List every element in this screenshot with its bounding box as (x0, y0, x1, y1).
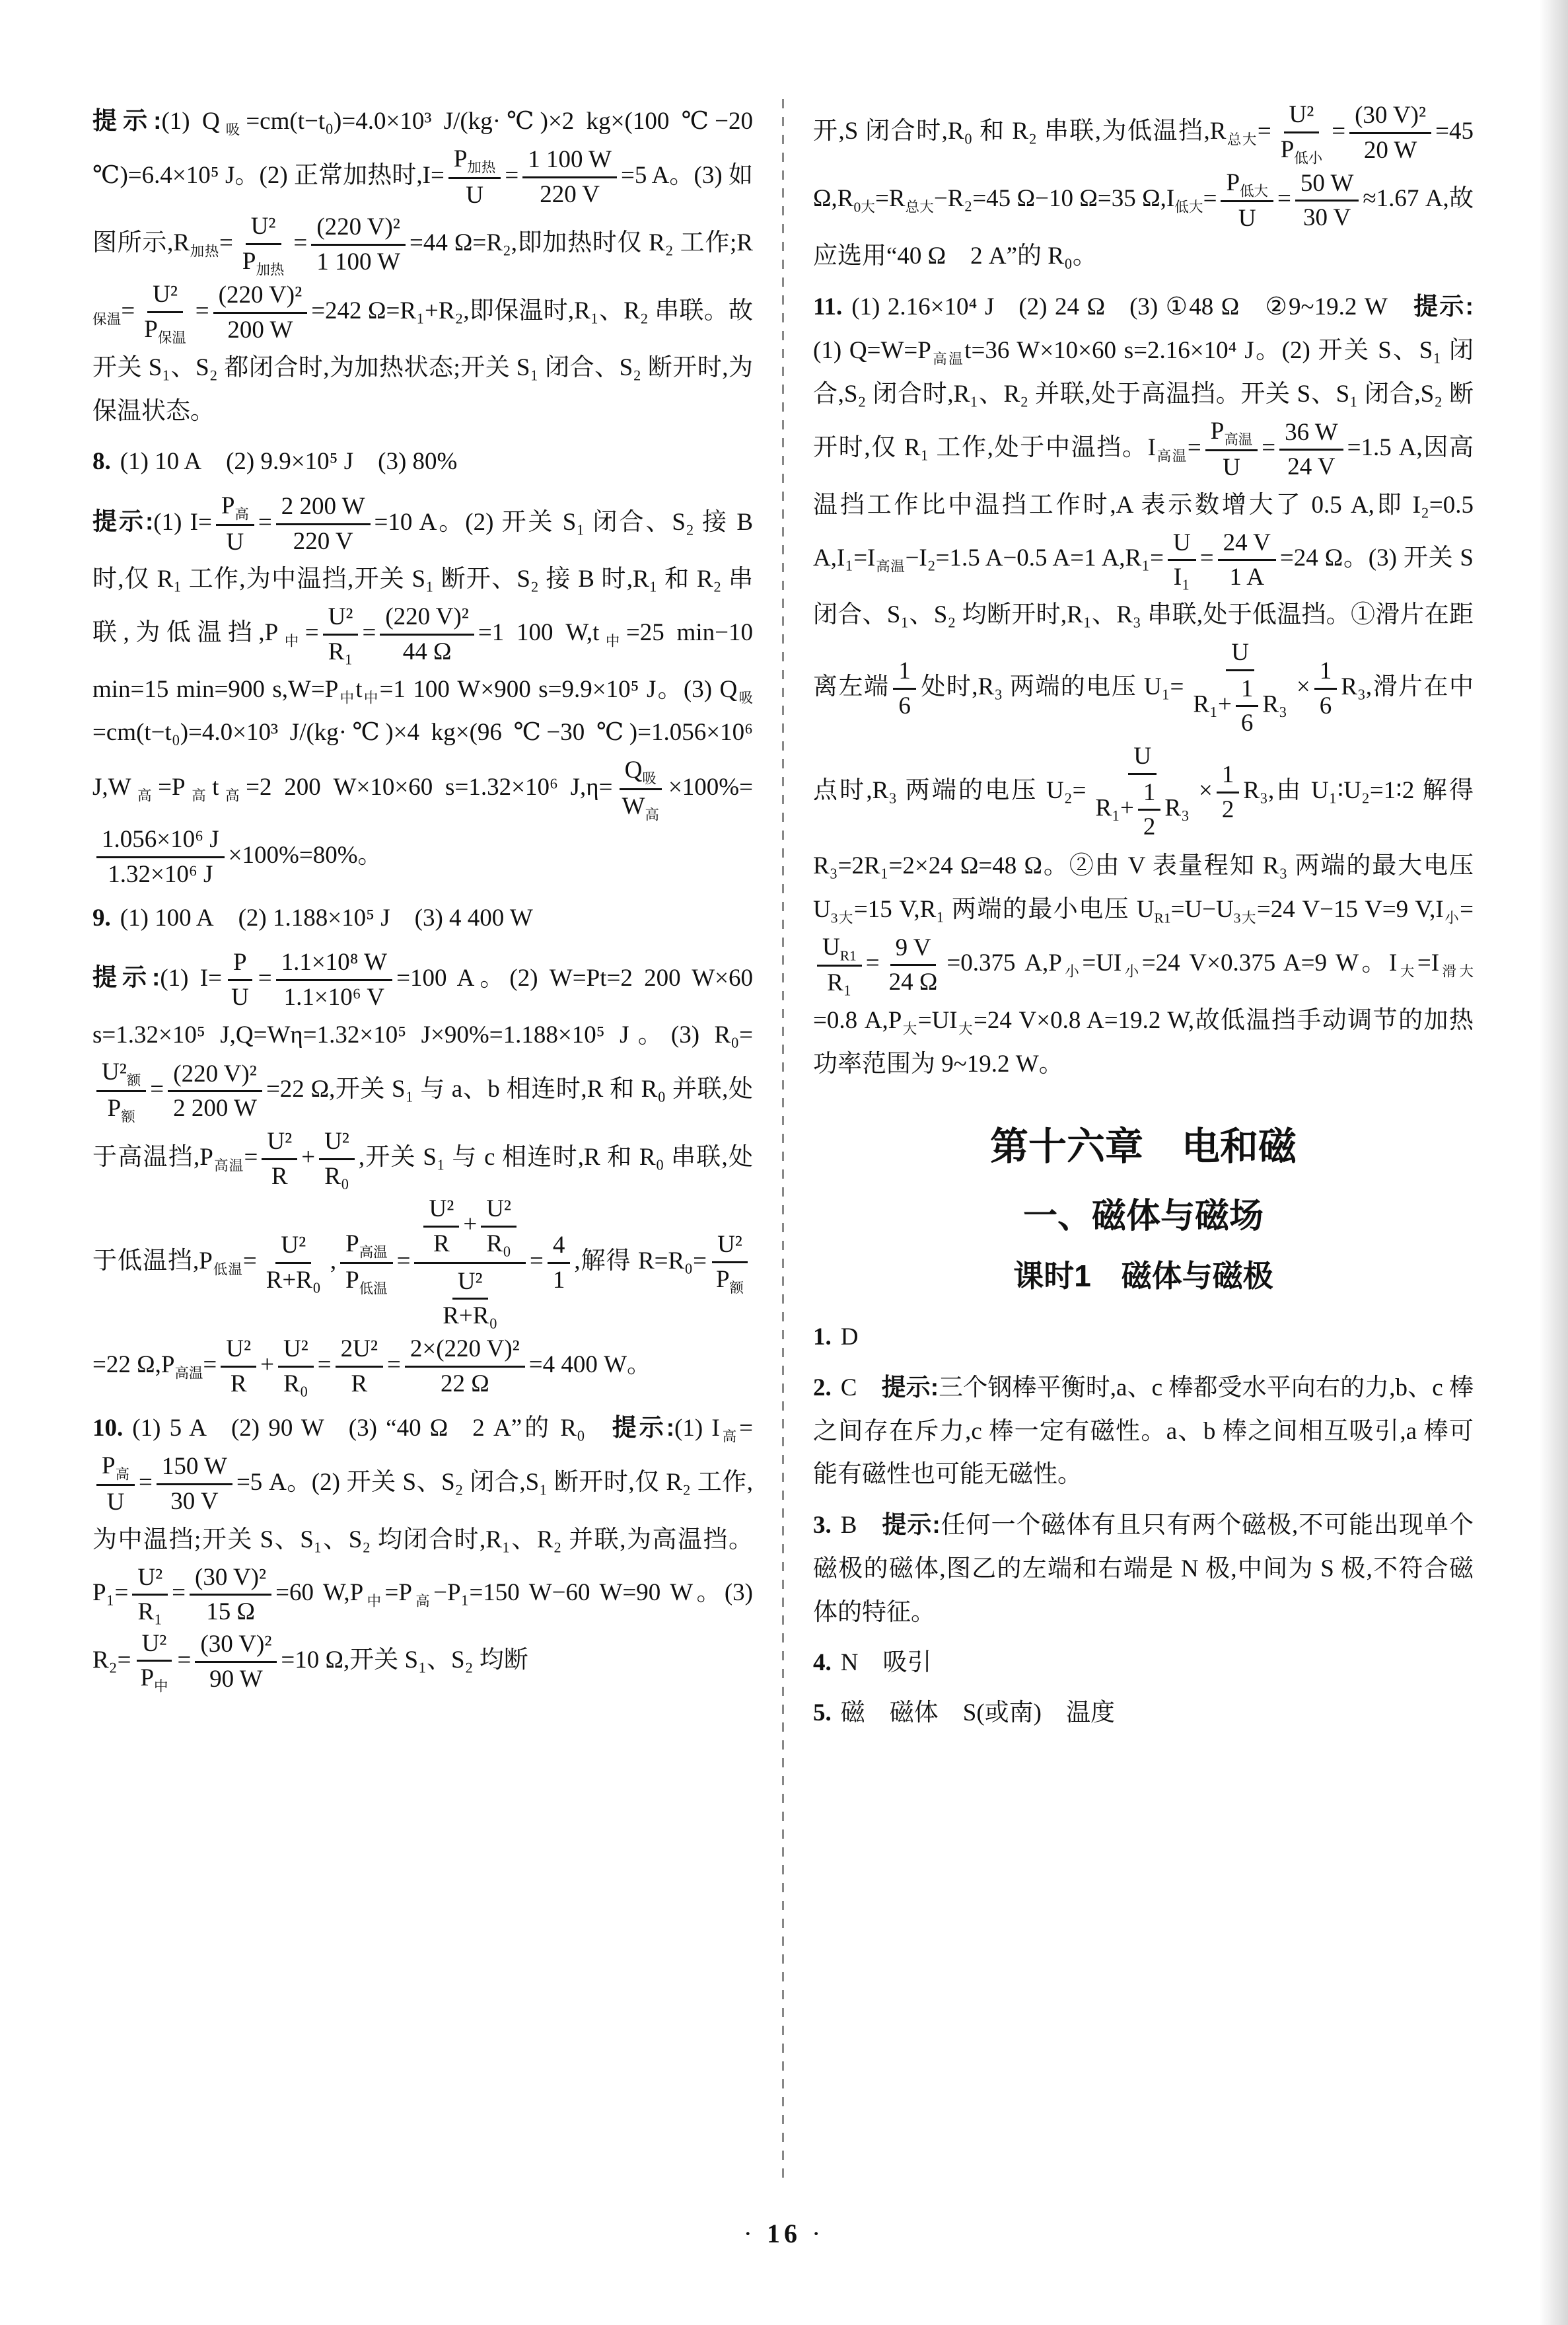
subscript: 高 (412, 1594, 433, 1609)
fraction-numerator: P高 (96, 1452, 135, 1486)
fraction-numerator: 4 (548, 1231, 571, 1264)
item-number: 11. (813, 293, 842, 320)
page-number: 16 (767, 2219, 801, 2248)
item-number: 2. (813, 1374, 832, 1401)
text-run: (1) I高=P高U=150 W30 V=5 A。(2) 开关 S、S₂ 闭合,… (92, 1415, 753, 1673)
hint-paragraph: 提示:(1) I=PU=1.1×10⁸ W1.1×10⁶ V=100 A。(2)… (92, 947, 753, 1399)
fraction-numerator: U² (246, 212, 281, 245)
fraction: 24 V1 A (1218, 529, 1276, 592)
subscript: 高 (131, 788, 159, 804)
subscript: 滑大 (1439, 964, 1474, 980)
fraction: 36 W24 V (1279, 418, 1343, 482)
fraction-numerator: 1 (1217, 760, 1240, 793)
fraction: 1.1×10⁸ W1.1×10⁶ V (276, 948, 393, 1012)
text-run: D (841, 1323, 859, 1350)
fraction: U²P额 (711, 1230, 749, 1296)
fraction: U²P低小 (1275, 100, 1328, 166)
subscript: 低大 (1174, 200, 1203, 215)
item-number: 10. (92, 1415, 123, 1442)
fraction-denominator: 24 V (1282, 451, 1340, 482)
fraction: 16 (893, 657, 916, 720)
subscript: 大 (902, 1021, 917, 1037)
fraction-denominator: U²R+R₀ (428, 1264, 512, 1332)
fraction-numerator: U² (712, 1230, 748, 1263)
fraction-denominator: 30 V (165, 1485, 223, 1516)
fraction-denominator: 24 Ω (884, 966, 943, 997)
hint-label: 提示: (1412, 293, 1474, 320)
fraction-numerator: (220 V)² (168, 1060, 262, 1093)
subscript: 高 (219, 788, 246, 804)
fraction-denominator: 22 Ω (435, 1368, 495, 1399)
subscript: 加热 (190, 243, 219, 259)
fraction: 16 (1236, 675, 1259, 738)
fraction: 16 (1314, 657, 1337, 720)
fraction-numerator: P高温 (340, 1230, 393, 1264)
fraction-numerator: U² (278, 1335, 314, 1368)
fraction-numerator: 1.1×10⁸ W (276, 948, 393, 981)
subscript: 吸 (642, 771, 656, 787)
fraction-denominator: P低小 (1275, 133, 1328, 166)
subscript: 额 (121, 1109, 135, 1125)
subscript: 高温 (931, 351, 964, 367)
text-run: (1) I=P高U=2 200 W220 V=10 A。(2) 开关 S₁ 闭合… (92, 509, 753, 869)
fraction: 2U²R (336, 1335, 383, 1398)
subscript: 大 (1397, 964, 1417, 980)
subscript: 高 (234, 506, 248, 522)
fraction-numerator: U² (319, 1127, 355, 1160)
fraction-numerator: (220 V)² (213, 281, 308, 314)
fraction-numerator: Q吸 (620, 756, 662, 790)
fraction-numerator: (30 V)² (195, 1630, 277, 1663)
fraction-numerator: U² (275, 1231, 311, 1264)
fraction-numerator: (30 V)² (190, 1563, 271, 1596)
item-number: 4. (813, 1649, 832, 1676)
text-run: (1) 100 A (2) 1.188×10⁵ J (3) 4 400 W (120, 904, 533, 932)
subscript: 小 (1444, 910, 1460, 926)
fraction: (220 V)²200 W (213, 281, 308, 344)
text-run: 磁 磁体 S(或南) 温度 (841, 1699, 1115, 1726)
fraction-numerator: U² (262, 1127, 297, 1160)
fraction-numerator: U² (221, 1335, 256, 1368)
left-column: 提示:(1) Q吸=cm(t−t₀)=4.0×10³ J/(kg·℃)×2 kg… (92, 99, 753, 2180)
right-column: 开,S 闭合时,R₀ 和 R₂ 串联,为低温挡,R总大=U²P低小=(30 V)… (813, 99, 1474, 2180)
subscript: 高温 (1156, 449, 1188, 464)
fraction-denominator: R+R₀ (437, 1300, 503, 1331)
item-number: 5. (813, 1699, 832, 1726)
fraction: 1.056×10⁶ J1.32×10⁶ J (96, 825, 225, 889)
fraction: U²R₀ (278, 1335, 314, 1398)
fraction-denominator: 15 Ω (201, 1596, 260, 1627)
subscript: 中 (599, 633, 626, 649)
fraction-denominator: 1 100 W (311, 246, 406, 277)
text-run: (1) 5 A (2) 90 W (3) “40 Ω 2 A”的 R₀ (132, 1415, 610, 1442)
subscript: 吸 (220, 122, 246, 137)
item-number: 1. (813, 1323, 832, 1350)
fraction: P高U (216, 492, 254, 557)
fraction: 12 (1217, 760, 1240, 824)
text-run: N 吸引 (841, 1649, 932, 1676)
fraction-numerator: P低大 (1221, 168, 1273, 203)
fraction-denominator: 220 V (288, 525, 359, 556)
fraction-denominator: 1.32×10⁶ J (102, 858, 218, 889)
fraction: 50 W30 V (1295, 169, 1359, 233)
fraction-denominator: R (428, 1228, 455, 1259)
fraction: U²额P额 (96, 1058, 146, 1125)
text-run: (1) 2.16×10⁴ J (2) 24 Ω (3) ①48 Ω ②9~19.… (851, 293, 1412, 320)
fraction-denominator: U (1217, 451, 1246, 482)
fraction: PU (226, 948, 254, 1012)
subscript: 高 (645, 807, 659, 823)
fraction-denominator: 6 (1236, 707, 1259, 738)
fraction-denominator: R₁+16R₃ (1188, 671, 1293, 739)
fraction: UR1R₁ (817, 933, 862, 998)
text-run: (1) 10 A (2) 9.9×10⁵ J (3) 80% (120, 448, 458, 475)
fraction-numerator: (220 V)² (380, 603, 474, 636)
fraction-denominator: R₁ (323, 636, 359, 667)
fraction: U²R+U²R₀U²R+R₀ (414, 1193, 526, 1332)
fraction: U²R₀ (481, 1195, 517, 1258)
fraction-numerator: 1 (1138, 778, 1161, 811)
answer-item: 9.(1) 100 A (2) 1.188×10⁵ J (3) 4 400 W (92, 897, 753, 940)
subscript: 高温 (1224, 432, 1252, 448)
fraction-numerator: U²R+U²R₀ (414, 1193, 526, 1263)
fraction: (30 V)²15 Ω (190, 1563, 271, 1627)
hint-label: 提示: (92, 964, 160, 991)
subscript: 中 (338, 690, 355, 706)
fraction-numerator: U (1168, 529, 1196, 562)
fraction-numerator: U² (323, 603, 359, 636)
subscript: 小 (1122, 964, 1141, 980)
fraction-denominator: R₀ (278, 1368, 314, 1399)
fraction-numerator: U² (132, 1563, 168, 1596)
fraction-denominator: R+R₀ (261, 1264, 326, 1295)
fraction-numerator: U² (481, 1195, 517, 1228)
fraction-numerator: (220 V)² (311, 213, 406, 246)
hint-label: 提示: (881, 1374, 939, 1401)
fraction: U²R₀ (319, 1127, 355, 1191)
subscript: R1 (840, 947, 857, 963)
fraction: U²P保温 (139, 280, 192, 346)
column-divider (782, 99, 784, 2180)
fraction-denominator: 1 (548, 1264, 571, 1295)
fraction: P加热U (448, 145, 501, 210)
answer-item: 8.(1) 10 A (2) 9.9×10⁵ J (3) 80% (92, 440, 753, 484)
fraction-numerator: 1 (1314, 657, 1337, 690)
hint-paragraph: 提示:(1) Q吸=cm(t−t₀)=4.0×10³ J/(kg·℃)×2 kg… (92, 99, 753, 433)
fraction: (30 V)²20 W (1349, 101, 1431, 165)
fraction: U²P中 (135, 1629, 173, 1695)
text-run: (1) Q吸=cm(t−t₀)=4.0×10³ J/(kg·℃)×2 kg×(1… (92, 108, 753, 425)
fraction-denominator: R₁ (822, 967, 857, 998)
fraction-denominator: R (225, 1368, 252, 1399)
fraction-numerator: U (1128, 742, 1157, 775)
fraction-denominator: R₁ (132, 1596, 168, 1627)
fraction-numerator: U² (423, 1195, 459, 1228)
fraction-denominator: R (345, 1368, 373, 1399)
fraction: U²R (423, 1195, 459, 1258)
subscript: 3大 (831, 910, 854, 926)
fraction-denominator: P额 (102, 1092, 141, 1125)
fraction-numerator: 150 W (157, 1452, 232, 1485)
subscript: 高 (116, 1467, 129, 1483)
fraction: 2×(220 V)²22 Ω (405, 1335, 525, 1398)
fraction-numerator: U² (452, 1267, 488, 1300)
fraction-denominator: 1 A (1225, 561, 1269, 592)
fraction-numerator: UR1 (817, 933, 862, 967)
continuation-paragraph: 开,S 闭合时,R₀ 和 R₂ 串联,为低温挡,R总大=U²P低小=(30 V)… (813, 99, 1474, 278)
fraction-numerator: 2 200 W (276, 492, 371, 525)
fraction: (220 V)²1 100 W (311, 213, 406, 276)
fraction-denominator: P保温 (139, 313, 192, 346)
fraction-denominator: R₀ (481, 1228, 517, 1259)
fraction-denominator: P额 (711, 1263, 749, 1296)
hint-label: 提示: (881, 1511, 940, 1538)
answer-item: 5.磁 磁体 S(或南) 温度 (813, 1691, 1474, 1735)
subscript: 中 (363, 690, 380, 706)
fraction-denominator: R₁+12R₃ (1090, 775, 1195, 843)
fraction: P高温U (1205, 417, 1258, 482)
fraction: 9 V24 Ω (884, 934, 943, 997)
fraction-denominator: R (266, 1160, 293, 1191)
fraction: U²P加热 (237, 212, 290, 277)
fraction: UI₁ (1168, 529, 1196, 592)
fraction-denominator: R₀ (319, 1160, 355, 1191)
fraction-numerator: P高温 (1205, 417, 1258, 451)
fraction-numerator: 1 100 W (522, 145, 617, 178)
fraction: 150 W30 V (157, 1452, 232, 1516)
fraction: 12 (1138, 778, 1161, 842)
fraction-numerator: P高 (216, 492, 254, 526)
subscript: 大 (958, 1021, 974, 1037)
fraction-denominator: 44 Ω (398, 636, 457, 667)
fraction: 2 200 W220 V (276, 492, 371, 556)
answer-item: 11.(1) 2.16×10⁴ J (2) 24 Ω (3) ①48 Ω ②9~… (813, 285, 1474, 1086)
fraction-denominator: 200 W (222, 314, 298, 345)
fraction-denominator: 2 (1217, 793, 1240, 825)
answer-item: 1.D (813, 1315, 1474, 1359)
fraction-denominator: 220 V (534, 178, 605, 209)
answer-item: 3.B 提示:任何一个磁体有且只有两个磁极,不可能出现单个磁极的磁体,图乙的左端… (813, 1503, 1474, 1635)
fraction-numerator: 1 (893, 657, 916, 690)
subscript: 低温 (359, 1280, 388, 1296)
subscript: 保温 (92, 311, 121, 327)
footer-left-dot: · (744, 2219, 756, 2248)
fraction: (220 V)²44 Ω (380, 603, 474, 666)
answer-key-page: 提示:(1) Q吸=cm(t−t₀)=4.0×10³ J/(kg·℃)×2 kg… (0, 0, 1568, 2325)
fraction-numerator: 9 V (890, 934, 937, 967)
subscript: 总大 (905, 200, 933, 215)
fraction-denominator: W高 (617, 790, 664, 823)
fraction-denominator: 2 200 W (168, 1092, 262, 1123)
subscript: 加热 (467, 159, 495, 175)
fraction-numerator: U (1226, 638, 1254, 671)
fraction: U²R (262, 1127, 297, 1191)
page-footer: · 16 · (0, 2218, 1568, 2249)
subscript: 小 (1062, 964, 1082, 980)
fraction-denominator: P中 (135, 1662, 173, 1694)
footer-right-dot: · (812, 2219, 824, 2248)
text-run: C (841, 1374, 882, 1401)
fraction-numerator: U² (137, 1629, 172, 1662)
fraction-denominator: U (226, 981, 254, 1012)
fraction: U²R+R₀ (437, 1267, 503, 1331)
fraction-denominator: 6 (893, 690, 916, 721)
item-number: 3. (813, 1512, 832, 1539)
fraction-numerator: 1.056×10⁶ J (96, 825, 225, 858)
fraction-numerator: 2×(220 V)² (405, 1335, 525, 1368)
fraction-numerator: P加热 (448, 145, 501, 179)
fraction-numerator: 36 W (1279, 418, 1343, 451)
hint-label: 提示: (92, 107, 161, 134)
fraction: 41 (548, 1231, 571, 1294)
fraction-denominator: 6 (1314, 690, 1337, 721)
subscript: 低小 (1294, 150, 1322, 166)
fraction-numerator: 24 V (1218, 529, 1276, 562)
subscript: 高温 (359, 1244, 388, 1260)
subscript: 高 (186, 788, 213, 804)
subscript: 3大 (1234, 910, 1257, 926)
text-run: (1) Q=W=P高温t=36 W×10×60 s=2.16×10⁴ J。(2)… (813, 337, 1474, 1078)
subscript: 高温 (875, 559, 905, 575)
fraction: UR₁+16R₃ (1188, 638, 1293, 739)
fraction-numerator: (30 V)² (1349, 101, 1431, 134)
text-run: B (841, 1512, 882, 1539)
fraction: P低大U (1221, 168, 1273, 234)
fraction-numerator: P (228, 948, 252, 981)
fraction: U²R+R₀ (261, 1231, 326, 1294)
fraction-numerator: U² (1284, 100, 1320, 133)
section-heading: 一、磁体与磁场 (813, 1188, 1474, 1237)
item-number: 8. (92, 448, 111, 475)
fraction-numerator: 1 (1236, 675, 1259, 708)
fraction-denominator: 20 W (1359, 134, 1423, 165)
subscript: 高 (720, 1429, 739, 1445)
subscript: 保温 (158, 330, 186, 346)
fraction-denominator: U (102, 1486, 130, 1517)
fraction: P高U (96, 1452, 135, 1517)
subscript: 0大 (853, 200, 875, 215)
text-run: (1) I=PU=1.1×10⁸ W1.1×10⁶ V=100 A。(2) W=… (92, 965, 753, 1378)
answer-item: 2.C 提示:三个钢棒平衡时,a、c 棒都受水平向右的力,b、c 棒之间存在斥力… (813, 1366, 1474, 1497)
subscript: 额 (730, 1280, 744, 1296)
fraction: UR₁+12R₃ (1090, 742, 1195, 843)
subscript: 中 (278, 633, 305, 649)
fraction-denominator: 1.1×10⁶ V (279, 981, 390, 1012)
fraction-denominator: I₁ (1168, 561, 1195, 592)
fraction: U²R₁ (323, 603, 359, 666)
fraction: Q吸W高 (617, 756, 664, 823)
item-number: 9. (92, 904, 111, 932)
fraction-numerator: U²额 (96, 1058, 146, 1092)
page-content: 提示:(1) Q吸=cm(t−t₀)=4.0×10³ J/(kg·℃)×2 kg… (0, 0, 1568, 2180)
fraction-denominator: U (460, 179, 489, 210)
fraction: (220 V)²2 200 W (168, 1060, 262, 1123)
hint-paragraph: 提示:(1) I=P高U=2 200 W220 V=10 A。(2) 开关 S₁… (92, 490, 753, 890)
subscript: 低大 (1240, 183, 1268, 199)
subscript: 中 (363, 1594, 384, 1609)
chapter-heading: 第十六章 电和磁 (813, 1115, 1474, 1171)
text-run: 开,S 闭合时,R₀ 和 R₂ 串联,为低温挡,R总大=U²P低小=(30 V)… (813, 118, 1474, 270)
fraction-numerator: 2U² (336, 1335, 383, 1368)
fraction-denominator: P低温 (340, 1264, 393, 1296)
subscript: 额 (127, 1073, 141, 1089)
subscript: 高温 (174, 1365, 203, 1381)
answer-item: 4.N 吸引 (813, 1641, 1474, 1685)
lesson-heading: 课时1 磁体与磁极 (813, 1252, 1474, 1296)
hint-label: 提示: (610, 1414, 674, 1441)
fraction-denominator: U (1233, 202, 1262, 233)
fraction-denominator: 30 V (1298, 202, 1356, 233)
fraction-denominator: 90 W (204, 1663, 268, 1694)
subscript: 中 (154, 1679, 168, 1695)
hint-label: 提示: (92, 508, 153, 535)
fraction-denominator: 2 (1138, 811, 1161, 842)
fraction: P高温P低温 (340, 1230, 393, 1296)
fraction-numerator: 50 W (1295, 169, 1359, 202)
subscript: 吸 (737, 690, 753, 706)
fraction-denominator: P加热 (237, 245, 290, 277)
subscript: 高温 (213, 1158, 244, 1173)
fraction-denominator: U (221, 526, 250, 557)
subscript: R1 (1155, 910, 1171, 926)
subscript: 总大 (1226, 131, 1257, 147)
subscript: 低温 (213, 1261, 243, 1277)
fraction: 1 100 W220 V (522, 145, 617, 209)
answer-item: 10.(1) 5 A (2) 90 W (3) “40 Ω 2 A”的 R₀ 提… (92, 1406, 753, 1695)
fraction: U²R (221, 1335, 256, 1398)
fraction: U²R₁ (132, 1563, 168, 1627)
subscript: 加热 (256, 262, 284, 277)
fraction-numerator: U² (147, 280, 183, 313)
fraction: (30 V)²90 W (195, 1630, 277, 1693)
